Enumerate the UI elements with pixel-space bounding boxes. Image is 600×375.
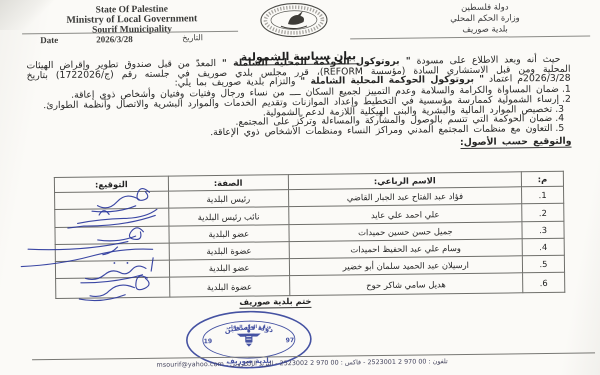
row-number: 1. (522, 186, 564, 204)
letterhead-ar-line3: بلدية صوريف (418, 23, 552, 36)
page-corner-fold (0, 0, 60, 30)
municipality-emblem-icon (258, 2, 330, 39)
item-number: 5. (555, 124, 564, 134)
col-header-number: م: (521, 171, 563, 187)
table-row: 6. هديل سامي شاكر حوح عضوة البلدية (56, 272, 565, 298)
row-role: عضوة البلدية (169, 242, 289, 260)
document-content: State Of Palestine Ministry of Local Gov… (0, 0, 600, 375)
date-value: 2026/3/28 (96, 34, 133, 44)
row-role: نائب رئيس البلدية (169, 207, 289, 226)
row-role: عضو البلدية (169, 225, 289, 243)
stamp-caption: ختم بلدية صوريف (209, 296, 341, 308)
stamp-year-right: 97 (286, 337, 295, 344)
scanned-document: { "header": { "english": ["State Of Pale… (0, 0, 600, 375)
row-number: 5. (522, 255, 564, 273)
row-role: عضو البلدية (169, 259, 289, 277)
col-header-role: الصفة: (168, 175, 288, 191)
row-number: 6. (523, 272, 565, 293)
stamp-year-left: 19 (204, 338, 213, 345)
letterhead-arabic: دولة فلسطين وزارة الحكم المحلي بلدية صور… (418, 1, 552, 36)
row-number: 2. (522, 203, 564, 222)
signatories-table: م: الاسم الرباعي: الصفة: التوقيع: 1. فؤا… (54, 171, 565, 299)
signature-scribble-icon (56, 271, 166, 304)
stamp-ministry-text: وزارة الحكم المحلي (226, 324, 271, 331)
row-role: عضوة البلدية (169, 276, 289, 297)
signature-cell (56, 277, 170, 298)
row-name: هديل سامي شاكر حوح (289, 273, 523, 296)
date-label-ar: التاريخ (182, 33, 203, 42)
row-number: 3. (522, 221, 564, 239)
row-number: 4. (522, 238, 564, 256)
letterhead-ar-divider (350, 35, 590, 39)
row-role: رئيس البلدية (168, 190, 288, 208)
body-text: حيث أنه وبعد الاطلاع على مسودة " بروتوكو… (26, 55, 571, 153)
date-label-en: Date (40, 35, 58, 45)
